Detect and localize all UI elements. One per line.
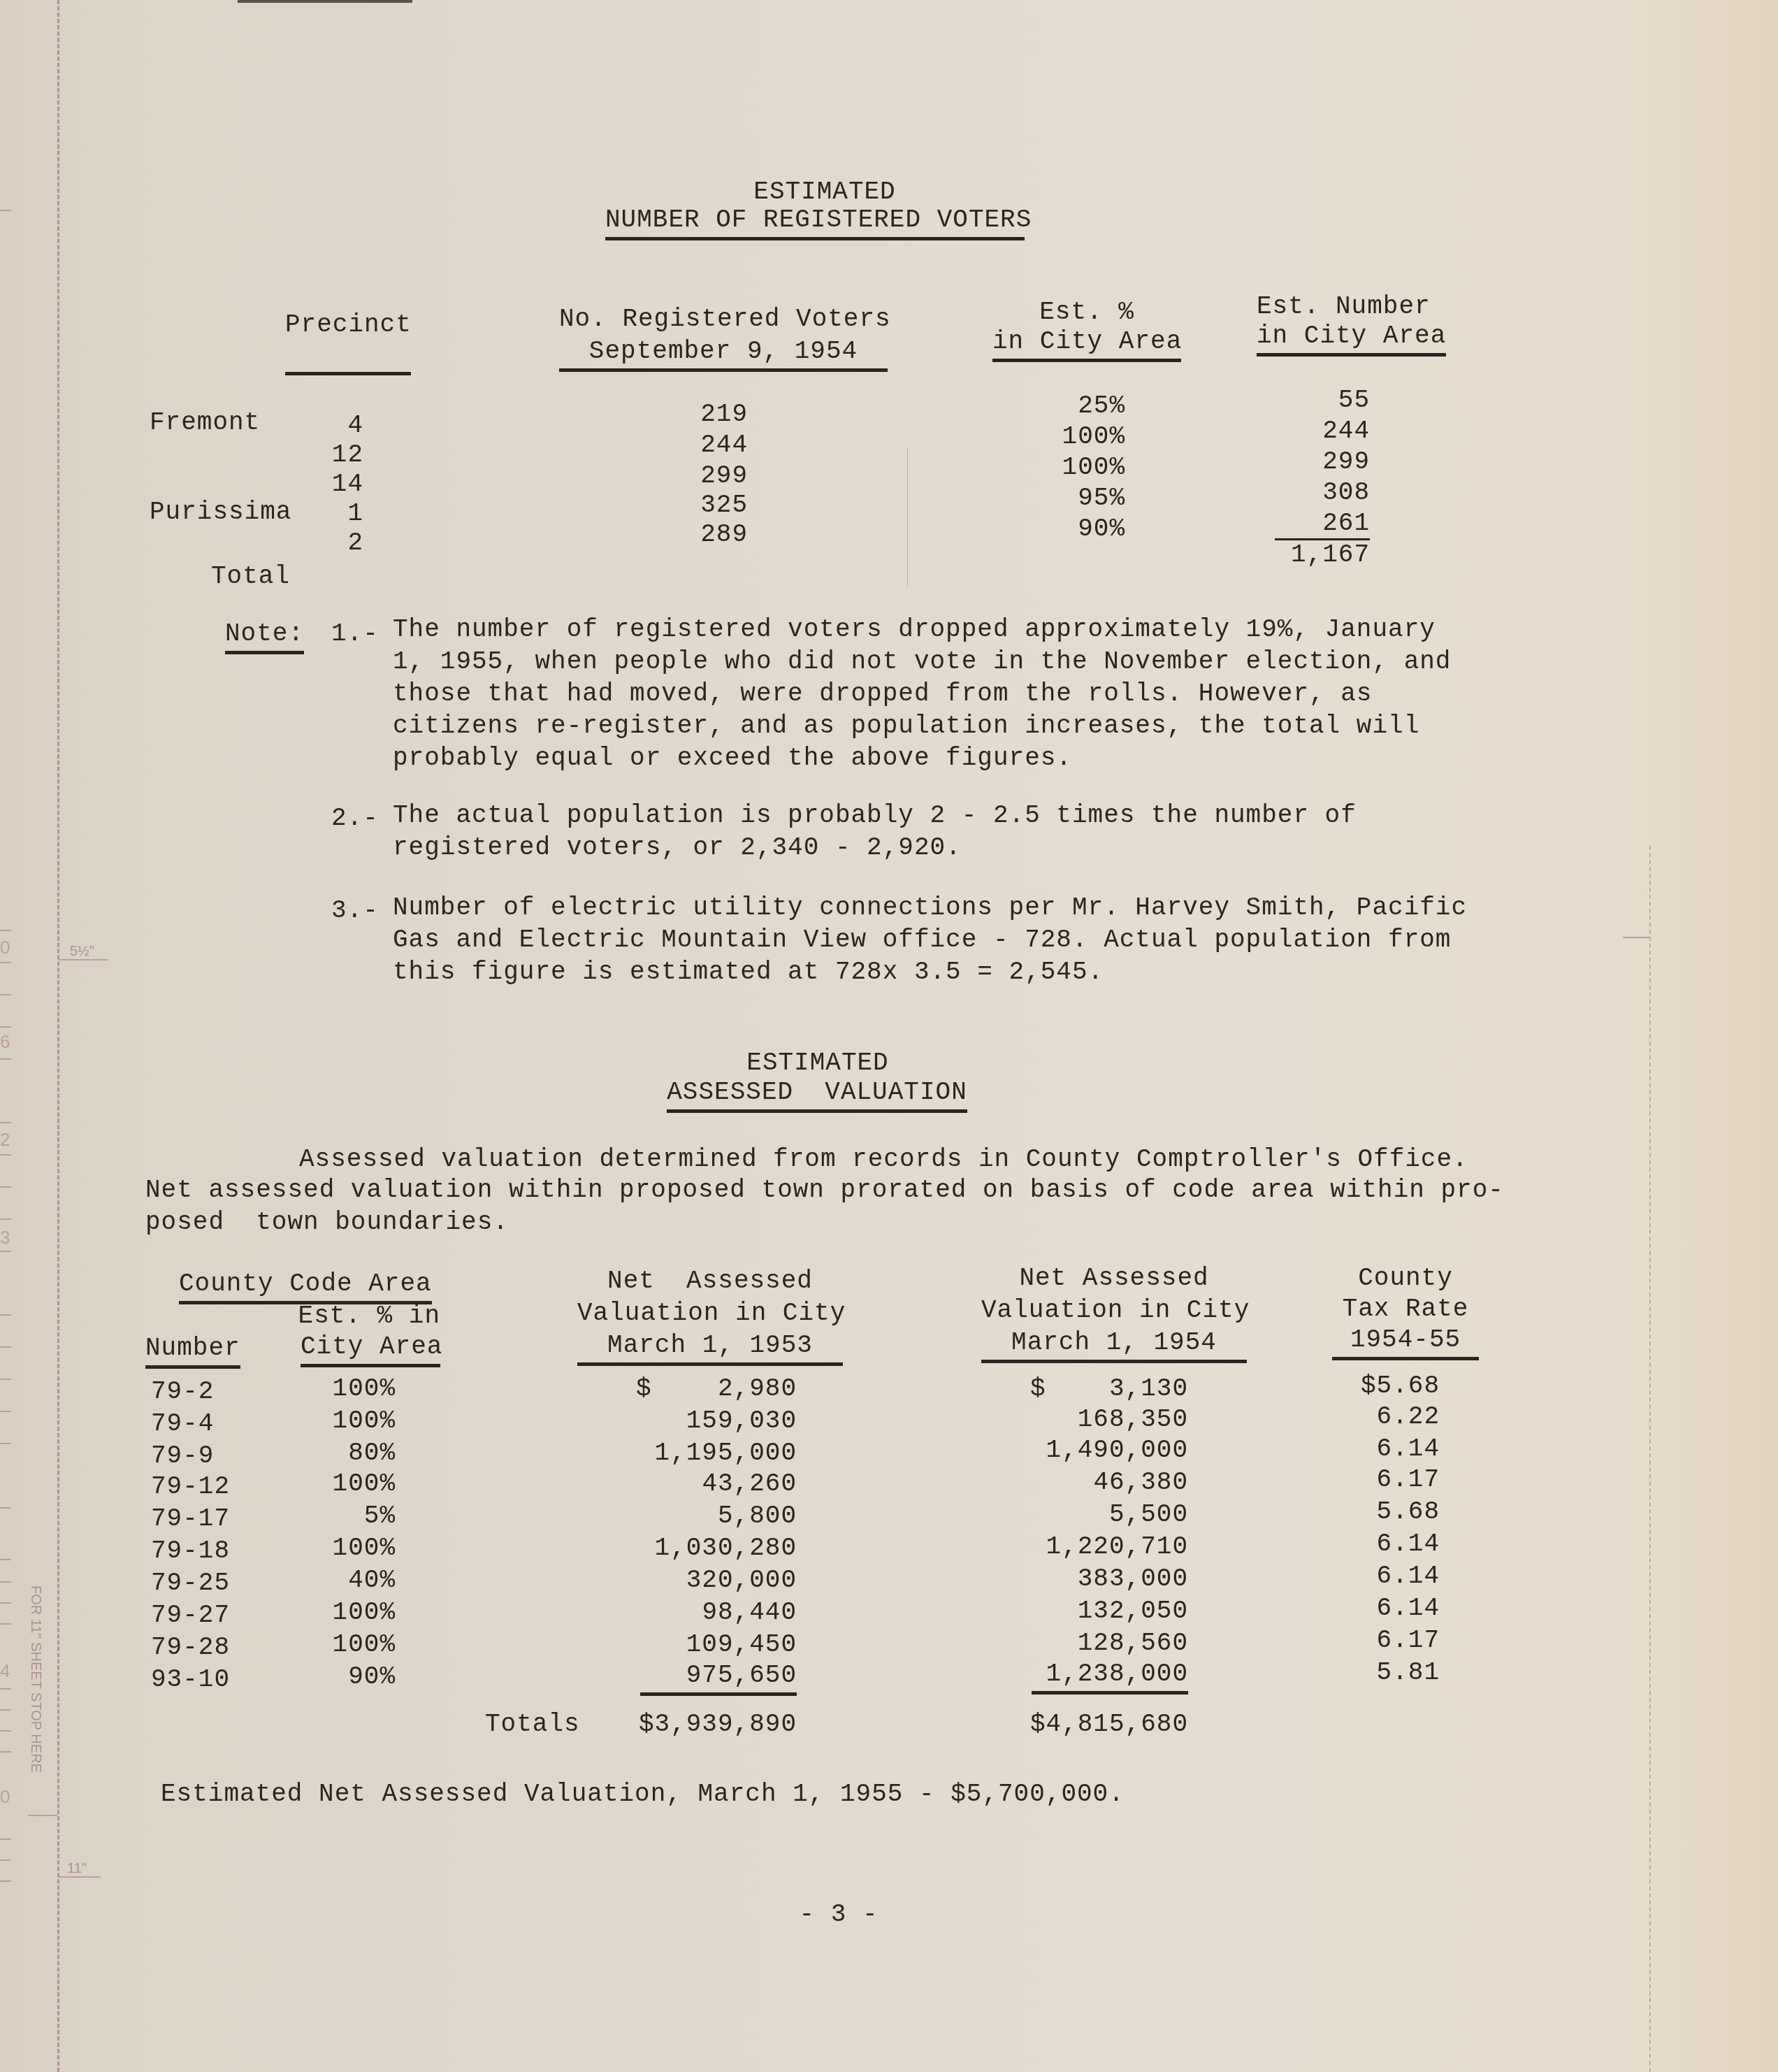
registered-cell: 219: [657, 400, 748, 429]
value-1953-cell: 43,260: [650, 1469, 797, 1498]
note-line: those that had moved, were dropped from …: [393, 679, 1372, 708]
code-number-cell: 79-25: [151, 1569, 230, 1597]
header-precinct: Precinct: [285, 310, 411, 339]
note-line: Gas and Electric Mountain View office - …: [393, 926, 1451, 954]
value-1954-cell: 1,490,000: [1041, 1436, 1188, 1465]
tax-rate-cell: 6.14: [1328, 1562, 1440, 1590]
precinct-cell: 4: [308, 411, 363, 440]
pct-cell: 100%: [1034, 422, 1125, 451]
pct-cell: 90%: [1034, 515, 1125, 543]
ruler-label: 0: [0, 937, 10, 958]
header-1954-line2: Valuation in City: [981, 1296, 1247, 1325]
tax-rate-cell: 6.22: [1328, 1402, 1440, 1431]
note-number: 2.-: [331, 804, 379, 833]
area-label: Fremont: [150, 408, 260, 437]
ruler-label: 6: [0, 1031, 10, 1053]
pct-cell: 25%: [1034, 391, 1125, 420]
intro-line: Net assessed valuation within proposed t…: [145, 1176, 1504, 1204]
pct-cell: 100%: [294, 1406, 396, 1435]
page-number: - 3 -: [769, 1900, 909, 1929]
note-line: probably equal or exceed the above figur…: [393, 744, 1072, 772]
registered-cell: 289: [657, 520, 748, 549]
right-guide-line: [1649, 846, 1651, 2072]
note-number: 1.-: [331, 619, 379, 648]
code-number-cell: 79-28: [151, 1633, 230, 1662]
header-1953-line2: Valuation in City: [577, 1299, 843, 1328]
number-cell: 55: [1258, 386, 1370, 415]
voters-title-line1: ESTIMATED: [741, 178, 909, 206]
number-cell: 308: [1258, 478, 1370, 507]
header-1953-line1: Net Assessed: [577, 1267, 843, 1295]
value-1953-cell: 1,030,280: [650, 1534, 797, 1562]
value-1953-cell: 320,000: [650, 1566, 797, 1595]
header-number: Number: [145, 1334, 240, 1369]
note-line: The number of registered voters dropped …: [393, 615, 1436, 644]
intro-line: Assessed valuation determined from recor…: [299, 1145, 1468, 1174]
code-number-cell: 79-4: [151, 1409, 214, 1438]
total-label: Total: [211, 562, 290, 591]
total-1953: $3,939,890: [615, 1710, 797, 1739]
area-label: Purissima: [150, 498, 291, 526]
tax-rate-cell: 6.17: [1328, 1465, 1440, 1494]
note-line: registered voters, or 2,340 - 2,920.: [393, 833, 962, 862]
pct-cell: 100%: [294, 1534, 396, 1562]
pct-cell: 90%: [294, 1662, 396, 1691]
code-number-cell: 79-18: [151, 1537, 230, 1565]
value-1953-cell: 1,195,000: [650, 1439, 797, 1467]
sheet-stop-label: FOR 11" SHEET STOP HERE: [27, 1585, 43, 1773]
ruler-label: 3: [0, 1227, 10, 1249]
tax-rate-cell: 6.14: [1328, 1594, 1440, 1623]
voters-title: NUMBER OF REGISTERED VOTERS: [605, 206, 1025, 240]
header-tax-line2: Tax Rate: [1332, 1295, 1479, 1323]
number-cell: 261: [1258, 509, 1370, 538]
totals-label: Totals: [485, 1710, 580, 1739]
value-1954-cell: 46,380: [1041, 1468, 1188, 1497]
precinct-cell: 14: [308, 470, 363, 498]
pct-cell: 100%: [1034, 453, 1125, 482]
value-1954-cell: 5,500: [1041, 1500, 1188, 1529]
number-cell: 244: [1258, 417, 1370, 445]
header-registered-line2: September 9, 1954: [559, 337, 888, 372]
pct-cell: 5%: [294, 1502, 396, 1530]
note-line: 1, 1955, when people who did not vote in…: [393, 647, 1451, 676]
column-fold-line: [907, 447, 908, 587]
value-1953-cell: 109,450: [650, 1630, 797, 1659]
header-tax-line3: 1954-55: [1332, 1325, 1479, 1360]
tax-rate-cell: 6.14: [1328, 1530, 1440, 1558]
intro-line: posed town boundaries.: [145, 1208, 509, 1237]
header-number-line1: Est. Number: [1257, 292, 1431, 321]
guide-mark-line: [59, 959, 108, 961]
header-pct-line1: Est. % in: [280, 1302, 440, 1330]
pct-cell: 100%: [294, 1630, 396, 1659]
total-value: 1,167: [1275, 538, 1370, 569]
registered-cell: 325: [657, 491, 748, 519]
value-1954-cell: 1,220,710: [1041, 1532, 1188, 1561]
registered-cell: 244: [657, 431, 748, 459]
note-line: this figure is estimated at 728x 3.5 = 2…: [393, 958, 1104, 986]
ruler-label: 4: [0, 1660, 10, 1682]
registered-cell: 299: [657, 461, 748, 490]
header-registered-line1: No. Registered Voters: [559, 305, 888, 333]
tax-rate-cell: 5.68: [1328, 1497, 1440, 1526]
ruler-label: 0: [0, 1786, 10, 1808]
guide-mark-line: [59, 1876, 101, 1878]
top-edge-mark: [238, 0, 412, 3]
pct-cell: 80%: [294, 1439, 396, 1467]
value-1954-cell: 128,560: [1041, 1629, 1188, 1657]
pct-cell: 40%: [294, 1566, 396, 1595]
pct-cell: 100%: [294, 1598, 396, 1627]
note-line: citizens re-register, and as population …: [393, 712, 1419, 740]
guide-mark-11: 11": [67, 1861, 87, 1877]
value-1954-cell: 168,350: [1041, 1405, 1188, 1434]
value-1953-cell: 98,440: [650, 1598, 797, 1627]
code-number-cell: 79-27: [151, 1601, 230, 1629]
precinct-cell: 12: [308, 440, 363, 469]
number-cell: 299: [1258, 447, 1370, 476]
value-1954-cell: 383,000: [1041, 1564, 1188, 1593]
value-1954-cell: 1,238,000: [1032, 1660, 1188, 1695]
header-1954-line1: Net Assessed: [981, 1264, 1247, 1293]
value-1954-cell: 3,130: [1041, 1374, 1188, 1403]
header-1953-line3: March 1, 1953: [577, 1331, 843, 1366]
pct-cell: 100%: [294, 1469, 396, 1498]
pct-cell: 95%: [1034, 484, 1125, 512]
stop-arrow-line: [28, 1815, 57, 1816]
estimated-valuation-1955: Estimated Net Assessed Valuation, March …: [161, 1780, 1125, 1808]
header-pct-line2: City Area: [301, 1332, 440, 1367]
precinct-cell: 1: [308, 499, 363, 528]
value-1953-cell: 159,030: [650, 1406, 797, 1435]
value-1953-cell: 5,800: [650, 1502, 797, 1530]
code-number-cell: 79-2: [151, 1377, 214, 1406]
code-number-cell: 79-12: [151, 1472, 230, 1501]
ruler-label: 2: [0, 1129, 10, 1151]
header-code-area: County Code Area: [179, 1269, 432, 1304]
pct-cell: 100%: [294, 1374, 396, 1403]
code-number-cell: 93-10: [151, 1665, 230, 1694]
code-number-cell: 79-17: [151, 1504, 230, 1533]
valuation-title: ASSESSED VALUATION: [667, 1078, 967, 1113]
precinct-cell: 2: [308, 528, 363, 557]
code-number-cell: 79-9: [151, 1441, 214, 1470]
value-1953-cell: 975,650: [640, 1661, 797, 1696]
header-1954-line3: March 1, 1954: [981, 1328, 1247, 1363]
value-1954-cell: 132,050: [1041, 1597, 1188, 1625]
header-pct-line2: in City Area: [992, 327, 1181, 362]
header-tax-line1: County: [1332, 1264, 1479, 1293]
note-number: 3.-: [331, 896, 379, 925]
right-guide-tick: [1623, 937, 1649, 938]
note-label: Note:: [225, 619, 304, 654]
margin-guide-line: [57, 0, 59, 2072]
note-line: Number of electric utility connections p…: [393, 893, 1467, 922]
tax-rate-cell: 6.14: [1328, 1434, 1440, 1463]
value-1953-cell: 2,980: [650, 1374, 797, 1403]
guide-mark-5-5: 5½": [70, 944, 94, 960]
precinct-underline: [285, 372, 411, 375]
tax-rate-cell: 5.81: [1328, 1658, 1440, 1687]
tax-rate-cell: $5.68: [1328, 1372, 1440, 1400]
total-1954: $4,815,680: [1006, 1710, 1188, 1739]
valuation-title-line1: ESTIMATED: [734, 1049, 902, 1077]
header-pct-line1: Est. %: [992, 298, 1181, 326]
note-line: The actual population is probably 2 - 2.…: [393, 801, 1357, 830]
header-number-line2: in City Area: [1257, 322, 1446, 357]
tax-rate-cell: 6.17: [1328, 1626, 1440, 1655]
